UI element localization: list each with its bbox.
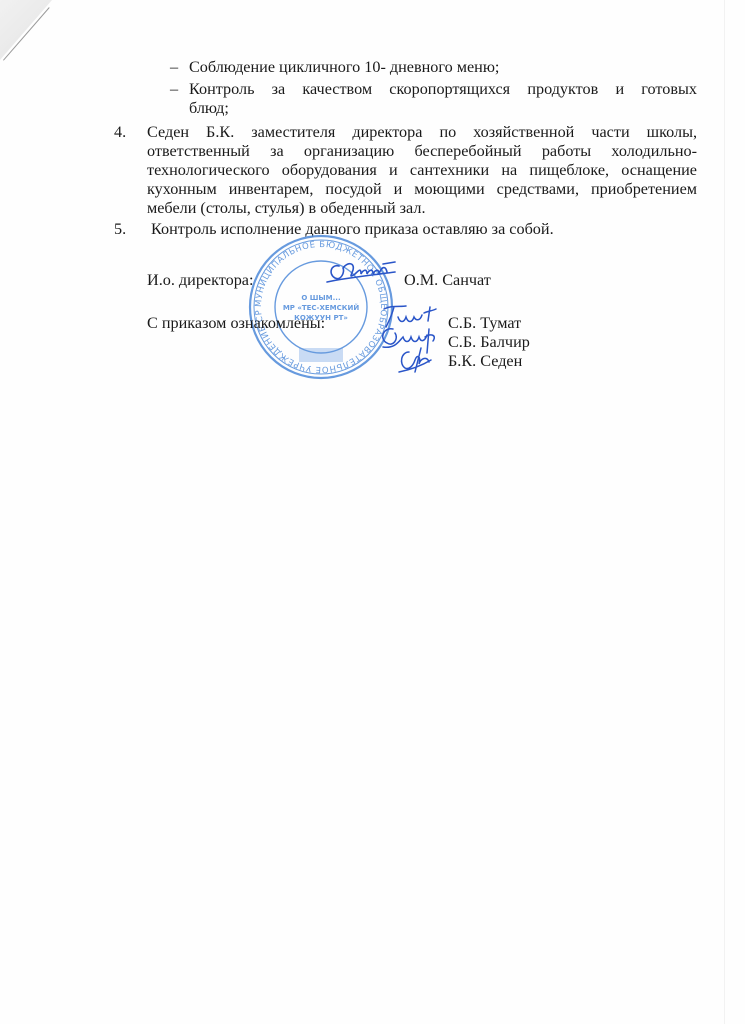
scanned-page: – Соблюдение цикличного 10- дневного мен… (0, 0, 745, 1024)
bullet-text: Контроль за качеством скоропортящихся пр… (189, 80, 697, 118)
director-label: И.о. директора: (147, 271, 253, 290)
official-stamp-icon: МУНИЦИПАЛЬНОЕ БЮДЖЕТНОЕ ОБЩЕОБРАЗОВАТЕЛЬ… (247, 232, 395, 382)
director-signature-icon (325, 258, 400, 290)
svg-text:О ШЫМ...: О ШЫМ... (301, 294, 340, 302)
acknowledged-name-seden: Б.К. Седен (448, 352, 522, 371)
bullet-dash: – (170, 80, 178, 99)
acknowledged-name-tumat: С.Б. Тумат (448, 314, 521, 333)
item-number: 5. (114, 220, 126, 239)
bullet-dash: – (170, 58, 178, 77)
acknowledged-label: С приказом ознакомлены: (147, 314, 325, 333)
bullet-text: Соблюдение цикличного 10- дневного меню; (189, 58, 697, 77)
item-number: 4. (114, 123, 126, 142)
page-edge-shadow (724, 0, 725, 1024)
item-text: Контроль исполнение данного приказа оста… (151, 220, 701, 239)
svg-text:МР «ТЕС-ХЕМСКИЙ: МР «ТЕС-ХЕМСКИЙ (283, 303, 360, 312)
item-text: Седен Б.К. заместителя директора по хозя… (147, 123, 697, 218)
folded-corner (0, 0, 52, 60)
acknowledged-name-balchir: С.Б. Балчир (448, 333, 530, 352)
director-name: О.М. Санчат (404, 271, 491, 290)
signature-seden-icon (395, 346, 435, 374)
